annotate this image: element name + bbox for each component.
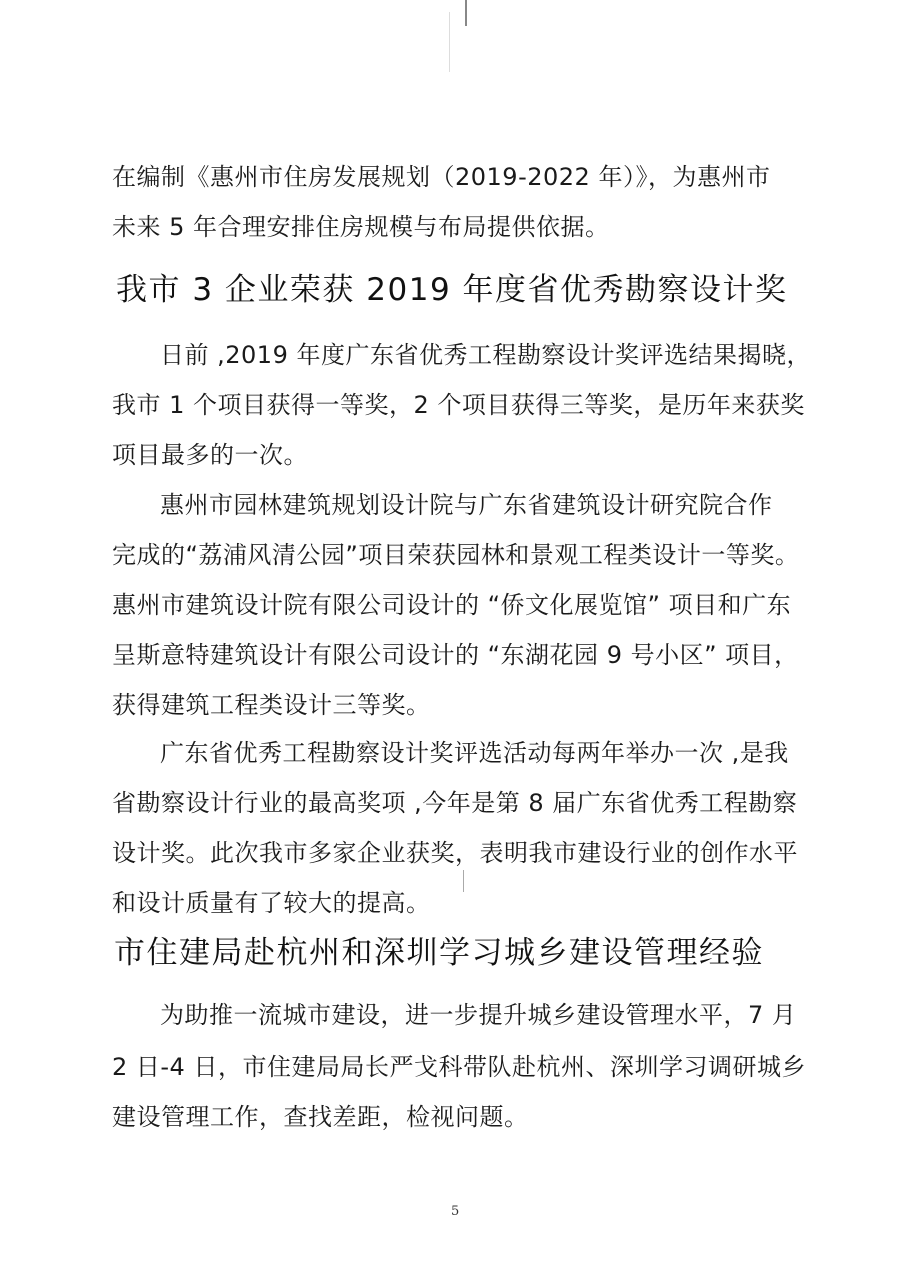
article-2-p1-line-2: 2 日-4 日，市住建局局长严戈科带队赴杭州、深圳学习调研城乡 [112, 1052, 802, 1082]
article-1-p2-line-5: 获得建筑工程类设计三等奖。 [112, 690, 802, 720]
article-1-p3-line-2: 省勘察设计行业的最高奖项 ,今年是第 8 届广东省优秀工程勘察 [112, 788, 802, 818]
article-1-p2-line-3: 惠州市建筑设计院有限公司设计的 “侨文化展览馆” 项目和广东 [112, 590, 802, 620]
article-1-p3-line-4: 和设计质量有了较大的提高。 [112, 888, 802, 918]
article-1-p1-line-3: 项目最多的一次。 [112, 440, 802, 470]
article-1-p3-line-3: 设计奖。此次我市多家企业获奖，表明我市建设行业的创作水平 [112, 838, 802, 868]
scan-artifact-line [449, 12, 450, 72]
article-2-p1-line-3: 建设管理工作，查找差距，检视问题。 [112, 1102, 802, 1132]
article-1-p1-line-1: 日前 ,2019 年度广东省优秀工程勘察设计奖评选结果揭晓， [160, 340, 850, 370]
article-1-p3-line-1: 广东省优秀工程勘察设计奖评选活动每两年举办一次 ,是我 [160, 738, 850, 768]
article-1-p2-line-4: 呈斯意特建筑设计有限公司设计的 “东湖花园 9 号小区” 项目， [112, 640, 802, 670]
article-1-p2-line-2: 完成的“荔浦风清公园”项目荣获园林和景观工程类设计一等奖。 [112, 540, 802, 570]
article-2-heading: 市住建局赴杭州和深圳学习城乡建设管理经验 [114, 933, 804, 973]
article-1-p2-line-1: 惠州市园林建筑规划设计院与广东省建筑设计研究院合作 [160, 490, 850, 520]
intro-line-1: 在编制《惠州市住房发展规划（2019-2022 年）》，为惠州市 [112, 162, 802, 192]
intro-line-2: 未来 5 年合理安排住房规模与布局提供依据。 [112, 212, 802, 242]
article-2-p1-line-1: 为助推一流城市建设，进一步提升城乡建设管理水平，7 月 [160, 1000, 850, 1030]
article-1-p1-line-2: 我市 1 个项目获得一等奖，2 个项目获得三等奖，是历年来获奖 [112, 390, 802, 420]
article-1-heading: 我市 3 企业荣获 2019 年度省优秀勘察设计奖 [116, 270, 806, 310]
scan-artifact-line [465, 0, 467, 26]
page-number: 5 [451, 1204, 459, 1219]
scanned-document-page: 在编制《惠州市住房发展规划（2019-2022 年）》，为惠州市 未来 5 年合… [0, 0, 908, 1282]
